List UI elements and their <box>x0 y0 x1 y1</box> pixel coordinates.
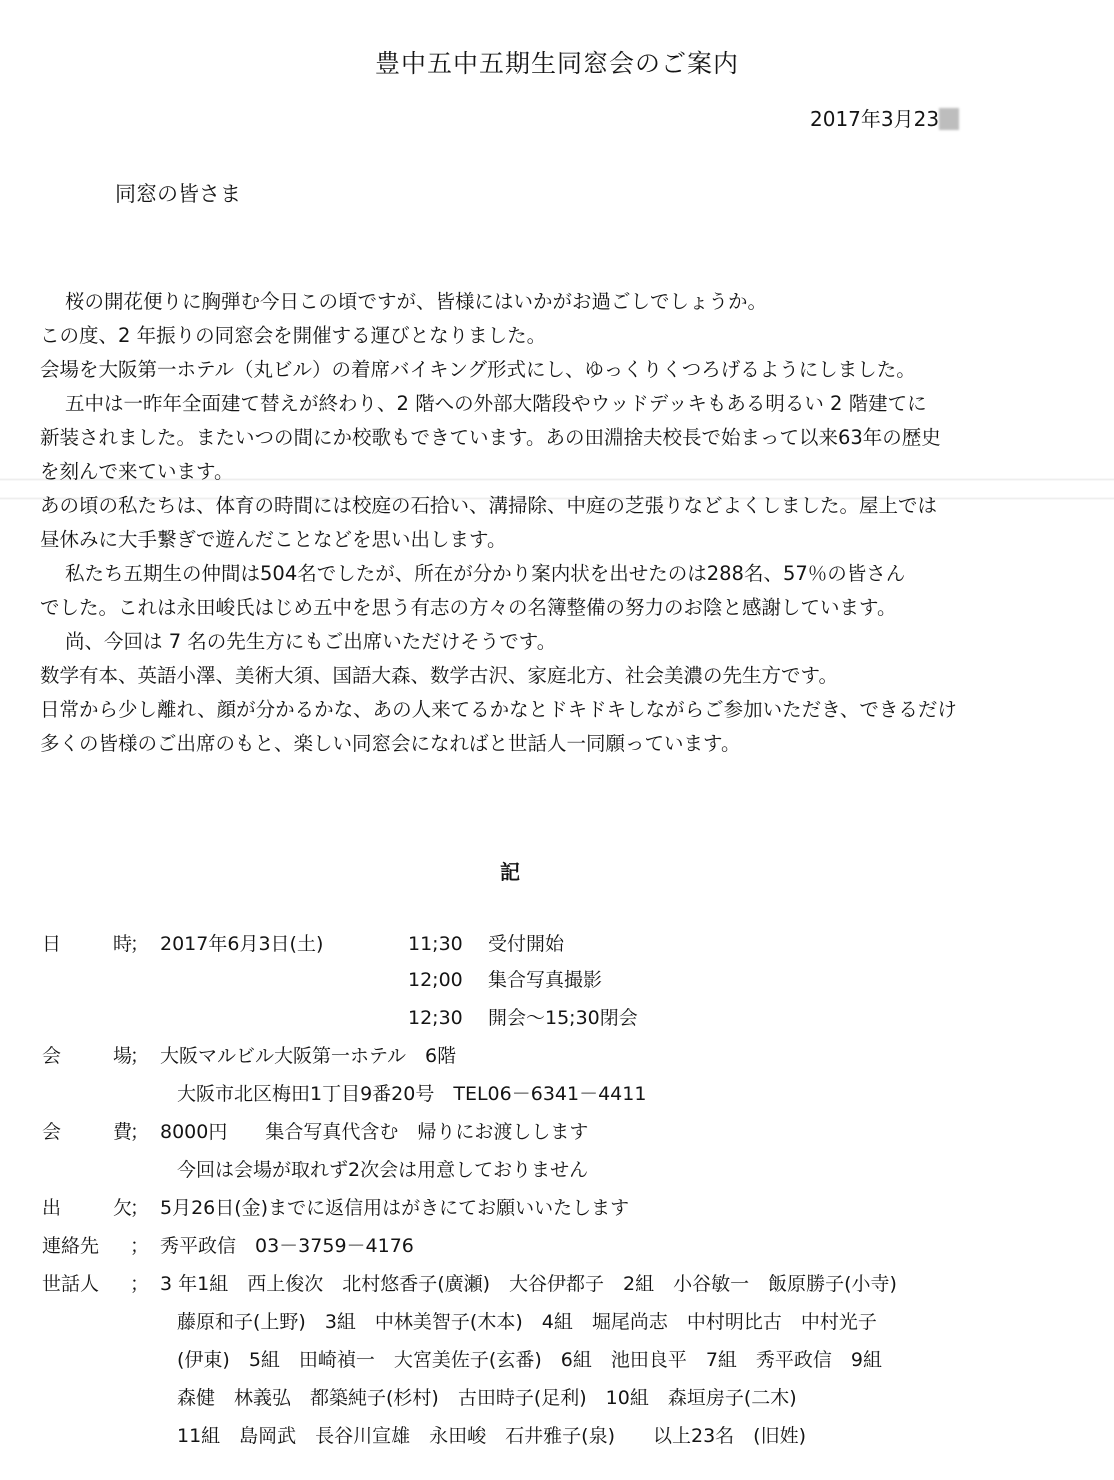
attendance-text: 5月26日(金)までに返信用はがきにてお願いいたします <box>160 1192 629 1224</box>
body-line: 日常から少し離れ、顔が分かるかな、あの人来てるかなとドキドキしながらご参加いただ… <box>40 693 1100 727</box>
body-line: 数学有本、英語小澤、美術大須、国語大森、数学古沢、家庭北方、社会美濃の先生方です… <box>40 659 1100 693</box>
organizer-line: 森健 林義弘 都築純子(杉村) 古田時子(足利) 10組 森垣房子(二木) <box>177 1382 797 1414</box>
body-line: 尚、今回は 7 名の先生方にもご出席いただけそうです。 <box>40 625 1100 659</box>
fee-note: 今回は会場が取れず2次会は用意しておりません <box>177 1154 588 1186</box>
body-line: 新装されました。またいつの間にか校歌もできています。あの田淵捨夫校長で始まって以… <box>40 421 1100 455</box>
invitation-letter: 豊中五中五期生同窓会のご案内 2017年3月23 同窓の皆さま 桜の開花便りに胸… <box>0 0 1114 1480</box>
fee-amount: 8000円 集合写真代含む 帰りにお渡しします <box>160 1116 588 1148</box>
venue-address: 大阪市北区梅田1丁目9番20号 TEL06－6341－4411 <box>177 1078 646 1110</box>
body-line: 会場を大阪第一ホテル（丸ビル）の着席バイキング形式にし、ゆっくりくつろげるように… <box>40 353 1100 387</box>
schedule-event: 受付開始 <box>488 928 564 960</box>
body-line: 五中は一昨年全面建て替えが終わり、2 階への外部大階段やウッドデッキもある明るい… <box>40 387 1100 421</box>
detail-label: 日 時 <box>42 928 132 960</box>
organizer-line: 藤原和子(上野) 3組 中林美智子(木本) 4組 堀尾尚志 中村明比古 中村光子 <box>177 1306 877 1338</box>
salutation: 同窓の皆さま <box>115 178 241 208</box>
body-line: あの頃の私たちは、体育の時間には校庭の石拾い、溝掃除、中庭の芝張りなどよくしまし… <box>40 489 1100 523</box>
event-date: 2017年6月3日(土) <box>160 928 323 960</box>
detail-label: 世話人 <box>42 1268 132 1300</box>
schedule-time: 11;30 <box>408 928 463 960</box>
date-text: 2017年3月23 <box>810 107 939 131</box>
body-line: 桜の開花便りに胸弾む今日この頃ですが、皆様にはいかがお過ごしでしょうか。 <box>40 285 1100 319</box>
body-line: を刻んで来ています。 <box>40 455 1100 489</box>
detail-label: 会 費 <box>42 1116 132 1148</box>
venue-name: 大阪マルビル大阪第一ホテル 6階 <box>160 1040 456 1072</box>
organizer-line: 11組 島岡武 長谷川宣雄 永田峻 石井雅子(泉) 以上23名 (旧姓) <box>177 1420 806 1452</box>
detail-label: 連絡先 <box>42 1230 132 1262</box>
detail-label: 会 場 <box>42 1040 132 1072</box>
body-line: 私たち五期生の仲間は504名でしたが、所在が分かり案内状を出せたのは288名、5… <box>40 557 1100 591</box>
schedule-event: 集合写真撮影 <box>488 964 602 996</box>
organizer-line: (伊東) 5組 田崎禎一 大宮美佐子(玄番) 6組 池田良平 7組 秀平政信 9… <box>177 1344 882 1376</box>
body-line: 多くの皆様のご出席のもと、楽しい同窓会になればと世話人一同願っています。 <box>40 727 1100 761</box>
body-line: この度、2 年振りの同窓会を開催する運びとなりました。 <box>40 319 1100 353</box>
body-line: 昼休みに大手繋ぎで遊んだことなどを思い出します。 <box>40 523 1100 557</box>
letter-date: 2017年3月23 <box>810 103 959 132</box>
schedule-time: 12;30 <box>408 1002 463 1034</box>
organizer-line: 3 年1組 西上俊次 北村悠香子(廣瀬) 大谷伊都子 2組 小谷敏一 飯原勝子(… <box>160 1268 897 1300</box>
schedule-event: 開会～15;30閉会 <box>488 1002 638 1034</box>
schedule-time: 12;00 <box>408 964 463 996</box>
letter-body: 桜の開花便りに胸弾む今日この頃ですが、皆様にはいかがお過ごしでしょうか。この度、… <box>40 285 1100 761</box>
obscured-day-char <box>939 108 959 130</box>
letter-title: 豊中五中五期生同窓会のご案内 <box>0 44 1114 80</box>
detail-label: 出 欠 <box>42 1192 132 1224</box>
body-line: でした。これは永田峻氏はじめ五中を思う有志の方々の名簿整備の努力のお陰と感謝して… <box>40 591 1100 625</box>
ki-heading: 記 <box>500 856 520 885</box>
contact-text: 秀平政信 03－3759－4176 <box>160 1230 414 1262</box>
